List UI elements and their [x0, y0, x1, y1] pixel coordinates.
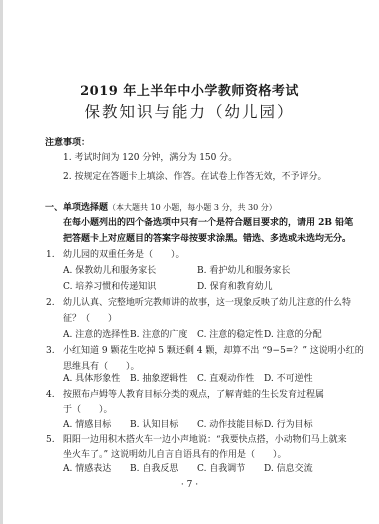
question-1-stem: 幼儿园的双重任务是（ ）。 [63, 249, 185, 261]
question-4-option-c: C. 动作技能目标 [197, 419, 263, 431]
question-2-option-d: D. 注意的分配 [264, 329, 322, 341]
question-4-option-b: B. 认知目标 [130, 419, 178, 431]
section-heading: 一、单项选择题（本大题共 10 小题，每小题 3 分，共 30 分） [45, 202, 277, 214]
page-number: · 7 · [0, 480, 379, 490]
notice-heading: 注意事项： [45, 137, 90, 149]
question-5-option-d: D. 信息交流 [264, 463, 313, 475]
notice-item-1: 1. 考试时间为 120 分钟，满分为 150 分。 [63, 152, 237, 164]
question-1-option-b: B. 看护幼儿和服务家长 [197, 265, 290, 277]
question-5-option-a: A. 情感表达 [63, 463, 111, 475]
section-instruction-1: 在每小题列出的四个备选项中只有一个是符合题目要求的，请用 2B 铅笔 [63, 217, 353, 229]
question-3-stem-line-1: 小红知道 9 颗花生吃掉 5 颗还剩 4 颗，却算不出 “9−5=？” 这说明小… [63, 345, 364, 357]
question-2-option-a: A. 注意的选择性 [63, 329, 129, 341]
question-5-stem-line-2: 坐火车了。” 这说明幼儿自言自语具有的作用是（ ）。 [63, 449, 286, 461]
notice-item-2: 2. 按规定在答题卡上填涂、作答。在试卷上作答无效，不予评分。 [63, 171, 326, 183]
question-5-option-b: B. 自我反思 [130, 463, 178, 475]
question-1-option-c: C. 培养习惯和传递知识 [63, 281, 156, 293]
question-4-stem-line-2: 于（ ）。 [63, 404, 113, 416]
question-3-number: 3. [46, 345, 55, 357]
question-3-option-d: D. 不可逆性 [264, 373, 313, 385]
question-1-number: 1. [46, 249, 55, 261]
section-title: 一、单项选择题 [45, 203, 108, 213]
question-2-stem-line-2: 征？（ ） [63, 313, 117, 325]
subject-title: 保教知识与能力（幼儿园） [0, 100, 379, 122]
question-5-option-c: C. 自我调节 [197, 463, 245, 475]
question-4-option-a: A. 情感目标 [63, 419, 111, 431]
question-1-option-a: A. 保教幼儿和服务家长 [63, 265, 156, 277]
question-2-stem-line-1: 幼儿认真、完整地听完教师讲的故事，这一现象反映了幼儿注意的什么特 [63, 297, 351, 309]
question-3-stem-line-2: 思维具有（ ）。 [63, 361, 140, 373]
question-2-number: 2. [46, 297, 55, 309]
question-4-number: 4. [46, 389, 55, 401]
question-3-option-c: C. 直观动作性 [197, 373, 254, 385]
question-5-stem-line-1: 阳阳一边用积木搭火车一边小声地说：“我要快点搭，小动物们马上就来 [63, 434, 347, 446]
question-3-option-b: B. 抽象逻辑性 [130, 373, 187, 385]
exam-page: 2019 年上半年中小学教师资格考试 保教知识与能力（幼儿园） 注意事项： 1.… [0, 0, 379, 524]
question-1-option-d: D. 保育和教育幼儿 [197, 281, 273, 293]
question-3-option-a: A. 具体形象性 [63, 373, 120, 385]
question-2-option-c: C. 注意的稳定性 [197, 329, 263, 341]
section-instruction-2: 把答题卡上对应题目的答案字母按要求涂黑。错选、多选或未选均无分。 [63, 233, 351, 245]
question-4-stem-line-1: 按照布卢姆等人教育目标分类的观点，了解青蛙的生长发育过程属 [63, 389, 324, 401]
question-2-option-b: B. 注意的广度 [130, 329, 187, 341]
question-5-number: 5. [46, 434, 55, 446]
exam-title: 2019 年上半年中小学教师资格考试 [0, 80, 379, 99]
question-4-option-d: D. 行为目标 [264, 419, 313, 431]
section-note: （本大题共 10 小题，每小题 3 分，共 30 分） [108, 203, 277, 212]
